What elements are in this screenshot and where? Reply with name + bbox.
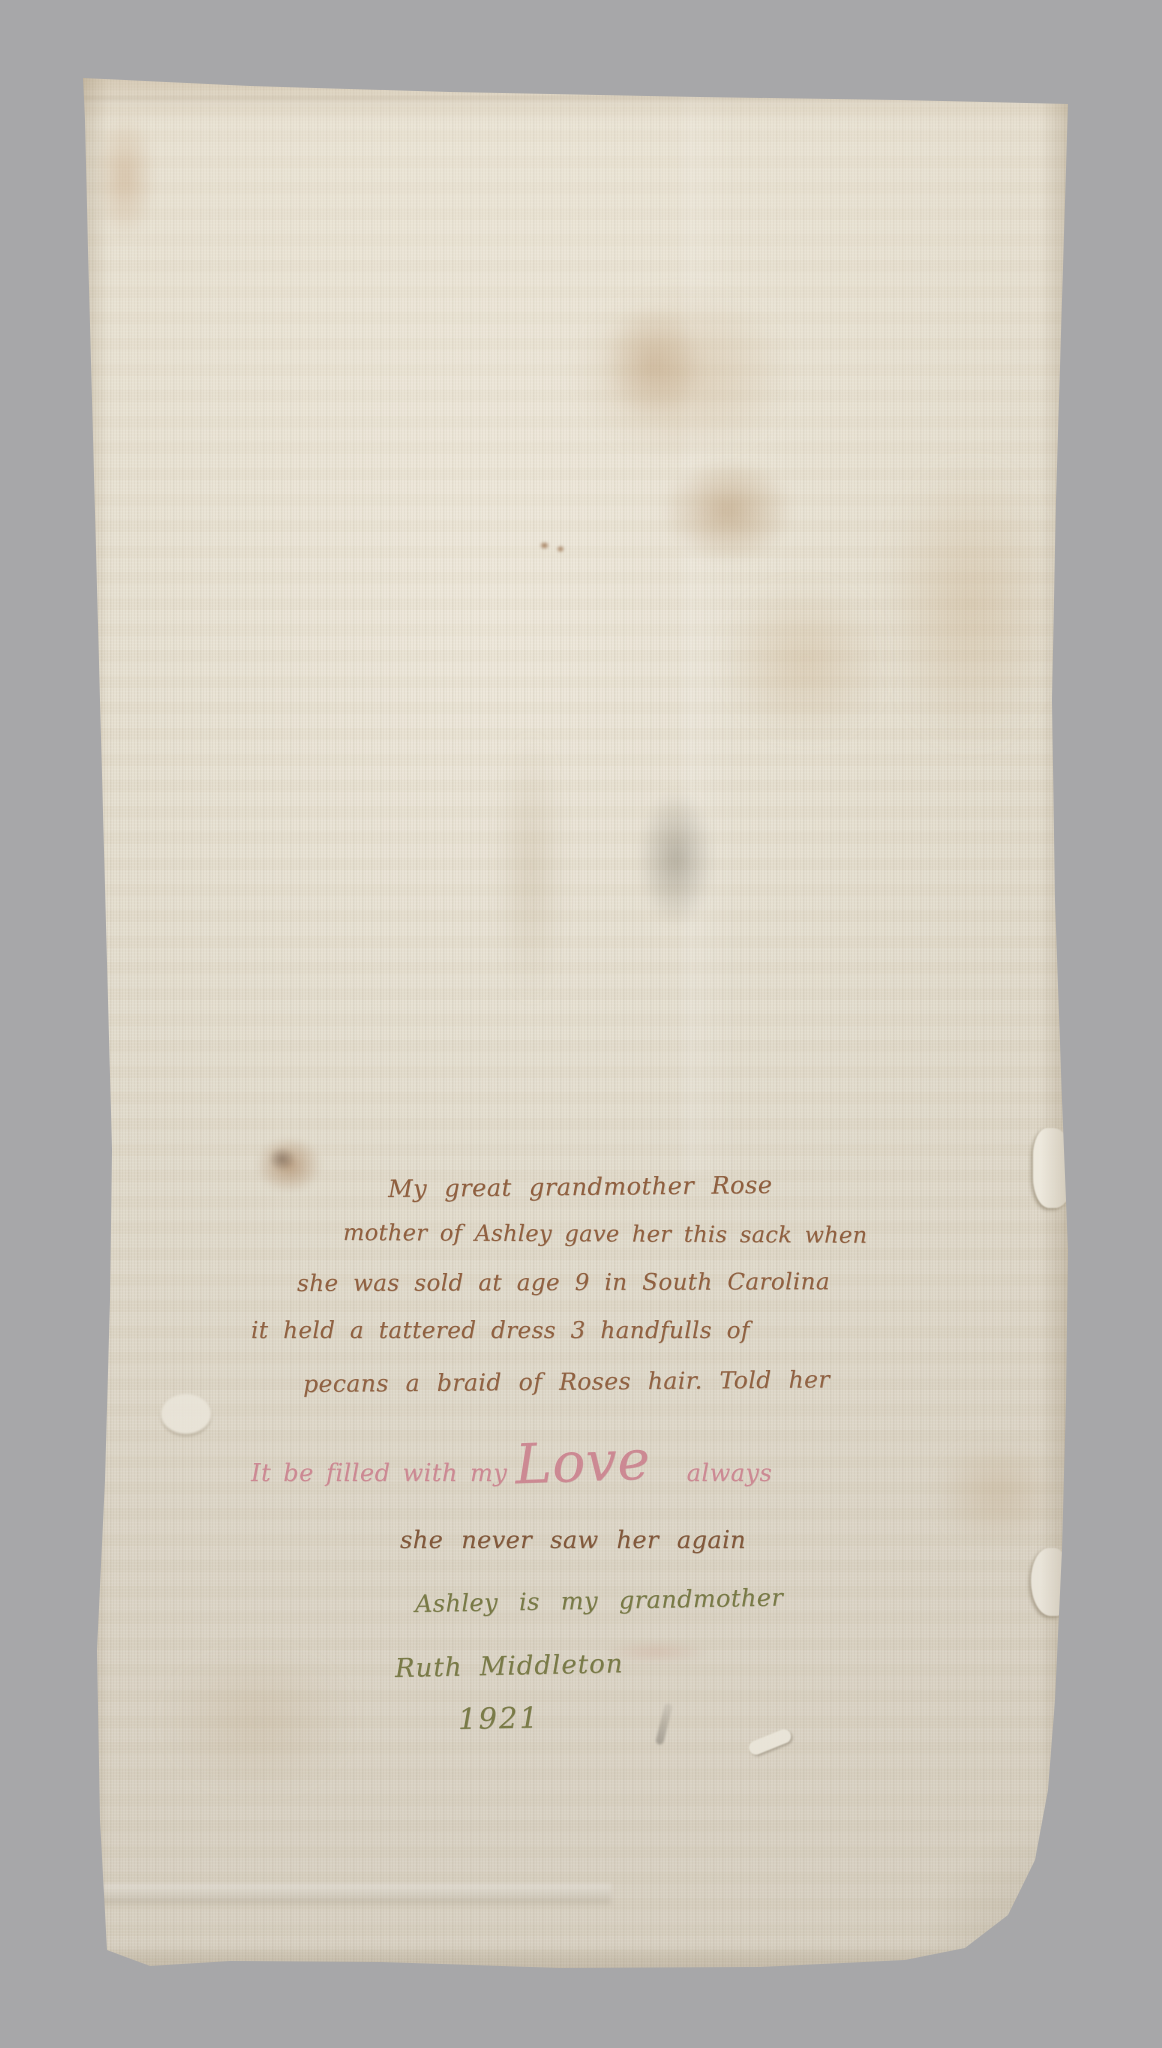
bottom-fold-crease — [91, 1884, 611, 1904]
line-6-prefix: It be filled with my — [251, 1459, 507, 1487]
frayed-edge-lower-right — [1031, 1548, 1069, 1616]
embroidered-line-7: she never saw her again — [400, 1526, 746, 1554]
embroidered-line-6: It be filled with myLovealways — [251, 1430, 772, 1494]
stain-right-extension — [698, 558, 913, 763]
embroidered-line-8: Ashley is my grandmother — [415, 1584, 784, 1618]
embroidered-line-5: pecans a braid of Roses hair. Told her — [303, 1365, 830, 1398]
photo-backdrop: { "colors": { "backdrop": "#a7a7a9", "fa… — [0, 0, 1162, 2048]
stain-upper-center-core — [588, 288, 718, 438]
embroidered-line-4: it held a tattered dress 3 handfulls of — [251, 1318, 750, 1344]
embroidered-line-2: mother of Ashley gave her this sack when — [343, 1220, 868, 1249]
stain-middle-patch — [638, 438, 818, 583]
stain-small-dot-left — [538, 540, 551, 551]
frayed-spot-left — [161, 1394, 211, 1434]
stain-bottom-left — [138, 1628, 378, 1813]
fabric-crease-mark — [655, 1703, 673, 1746]
vertical-fold-highlight — [683, 78, 778, 1178]
embroidered-line-3: she was sold at age 9 in South Carolina — [297, 1269, 830, 1297]
top-hem-crease — [83, 96, 1070, 106]
line-6-love-word: Love — [514, 1428, 651, 1497]
frayed-edge-upper-right — [1033, 1128, 1075, 1208]
stain-vertical-streak — [491, 698, 571, 1038]
embroidered-date: 1921 — [458, 1701, 540, 1736]
stain-left-middle-spot-core — [265, 1144, 299, 1174]
museum-photo-stage: My great grandmother Rose mother of Ashl… — [0, 0, 1162, 2048]
stain-gray-center — [626, 768, 726, 948]
embroidered-signature: Ruth Middleton — [395, 1649, 624, 1684]
stain-upper-center — [538, 258, 828, 488]
stain-right-lower — [918, 1423, 1078, 1563]
stain-right-wash — [858, 418, 1083, 788]
stain-top-left-edge — [83, 88, 167, 264]
stain-small-dot-right — [555, 544, 566, 554]
ashleys-sack-cloth: My great grandmother Rose mother of Ashl… — [83, 78, 1070, 1970]
embroidered-line-1: My great grandmother Rose — [388, 1171, 773, 1203]
stain-left-middle-spot — [243, 1126, 335, 1204]
line-6-suffix: always — [687, 1459, 773, 1487]
fabric-slub — [747, 1727, 793, 1756]
